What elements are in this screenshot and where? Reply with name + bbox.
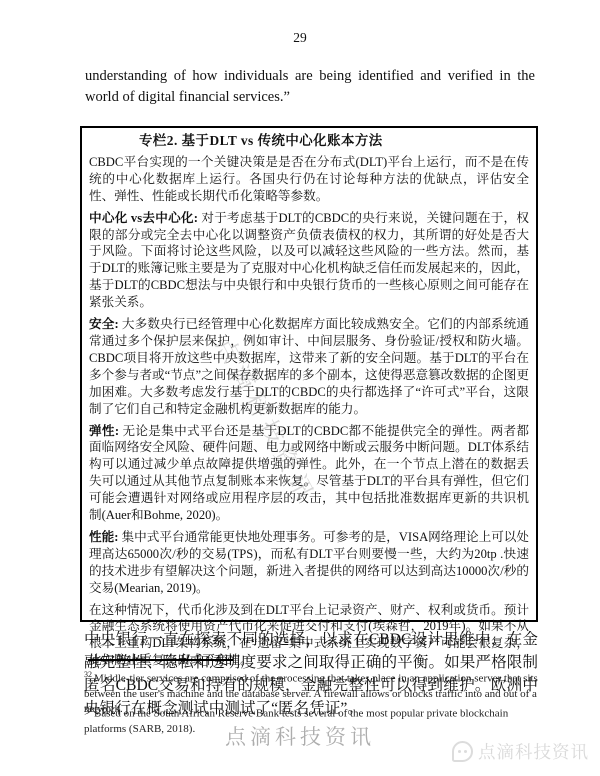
box-title: 专栏2. 基于DLT vs 传统中心化账本方法 [89, 133, 529, 150]
box-paragraph-security: 安全: 大多数央行已经管理中心化数据库方面比较成熟安全。它们的内部系统通常通过多… [89, 316, 529, 417]
footnote-marker: 33 [84, 705, 92, 714]
paragraph-text: CBDC平台实现的一个关键决策是是否在分布式(DLT)平台上运行，而不是在传统的… [89, 155, 529, 203]
droplet-logo-icon [452, 741, 473, 762]
paragraph-lead: 中心化 vs去中心化: [89, 211, 198, 225]
watermark-corner-text: 点滴科技资讯 [478, 739, 589, 764]
paragraph-text: 无论是集中式平台还是基于DLT的CBDC都不能提供完全的弹性。两者都面临网络安全… [89, 424, 529, 523]
paragraph-text: 对于考虑基于DLT的CBDC的央行来说，关键问题在于，权限的部分或完全去中心化以… [89, 211, 529, 310]
paragraph-text: 集中式平台通常能更快地处理事务。可参考的是，VISA网络理论上可以处理高达650… [89, 530, 529, 595]
paragraph-lead: 性能: [89, 530, 118, 544]
watermark-corner: 点滴科技资讯 [452, 739, 589, 764]
box-paragraph-intro: CBDC平台实现的一个关键决策是是否在分布式(DLT)平台上运行，而不是在传统的… [89, 154, 529, 205]
document-page: 29 understanding of how individuals are … [0, 0, 600, 776]
box-dlt-vs-centralized: 专栏2. 基于DLT vs 传统中心化账本方法 CBDC平台实现的一个关键决策是… [80, 126, 538, 622]
box-paragraph-centralization: 中心化 vs去中心化: 对于考虑基于DLT的CBDC的央行来说，关键问题在于，权… [89, 210, 529, 311]
footnote-33: 33Based on the South African Reserve Ban… [84, 704, 542, 737]
box-paragraph-performance: 性能: 集中式平台通常能更快地处理事务。可参考的是，VISA网络理论上可以处理高… [89, 529, 529, 597]
footnote-separator [88, 659, 233, 661]
paragraph-lead: 安全: [89, 317, 119, 331]
paragraph-lead: 弹性: [89, 424, 119, 438]
page-number: 29 [0, 30, 600, 46]
footnote-text: Based on the South African Reserve Bank … [84, 708, 508, 735]
box-paragraph-resilience: 弹性: 无论是集中式平台还是基于DLT的CBDC都不能提供完全的弹性。两者都面临… [89, 423, 529, 524]
intro-paragraph: understanding of how individuals are bei… [85, 66, 535, 107]
paragraph-text: 大多数央行已经管理中心化数据库方面比较成熟安全。它们的内部系统通常通过多个保护层… [89, 317, 529, 416]
footnote-marker: 32 [84, 670, 92, 679]
